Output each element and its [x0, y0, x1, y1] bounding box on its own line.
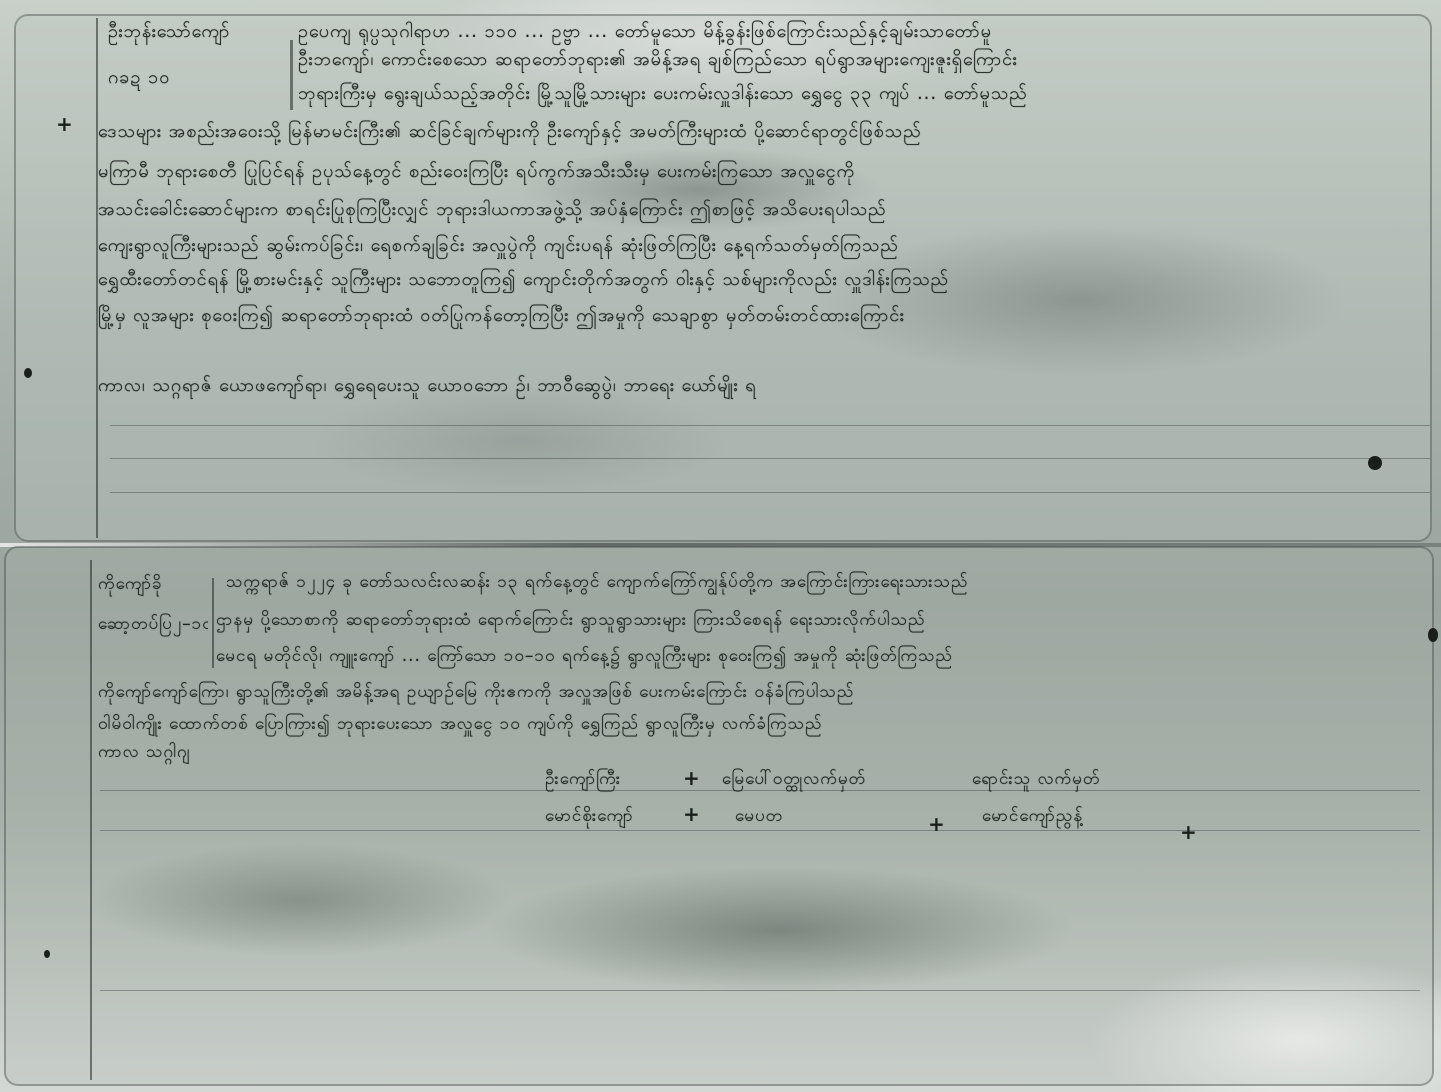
upper-text-line: ဥပေကျ ရုပ္ပသုဂါရာဟ ... ၁၁၀ ... ဥဗ္ဗာ ...… — [298, 18, 1418, 46]
lower-text-line: သက္ကရာဇ် ၁၂၂၄ ခု တော်သလင်းလဆန်း ၁၃ ရက်နေ… — [226, 568, 1386, 596]
signature-cross-mark: + — [683, 766, 700, 790]
upper-text-line: ဒေသများ အစည်းအဝေးသို့ မြန်မာမင်းကြီး၏ ဆင… — [98, 118, 1418, 146]
signature-5: မေပတ — [735, 805, 783, 830]
signature-cross-mark: + — [928, 812, 945, 836]
upper-text-line: မြို့မှ လူအများ စုဝေးကြ၍ ဆရာတော်ဘုရားထံ … — [98, 302, 1418, 330]
ruled-line — [100, 830, 1420, 831]
signature-cross-mark: + — [683, 802, 700, 826]
header-divider-line — [290, 40, 293, 110]
ruled-line — [100, 990, 1420, 991]
ink-speck — [1368, 456, 1382, 470]
signature-2: မြေပေါ်ဝတ္ထုလက်မှတ် — [722, 768, 866, 793]
lower-header-number: ဆော့တပ်ပြ၂–၁၀ — [98, 610, 208, 638]
upper-text-line: မကြာမီ ဘုရားစေတီ ပြုပြင်ရန် ဥပုသ်နေ့တွင်… — [98, 158, 1418, 186]
upper-text-line: ဦးဘကျော်၊ ကောင်းစေသော ဆရာတော်ဘုရား၏ အမိန… — [298, 46, 1418, 74]
upper-text-line: အသင်းခေါင်းဆောင်များက စာရင်းပြုစုကြပြီးလ… — [98, 196, 1418, 224]
lower-text-line-closing: ကာလ သဂ္ဂါဂျ — [98, 738, 298, 766]
signature-6: မောင်ကျော်ညွန့် — [982, 805, 1083, 830]
signature-1: ဦးကျော်ကြီး — [545, 768, 621, 793]
left-margin-line-lower — [90, 560, 92, 1080]
upper-text-line: ကျေးရွာလူကြီးများသည် ဆွမ်းကပ်ခြင်း၊ ရေစက… — [98, 232, 1418, 260]
ink-speck — [24, 368, 32, 378]
lower-text-line: ဌာနမှ ပို့သောစာကို ဆရာတော်ဘုရားထံ ရောက်က… — [216, 606, 1386, 634]
upper-text-line: ဘုရားကြီးမှ ရွေးချယ်သည့်အတိုင်း မြို့သူမ… — [298, 80, 1418, 108]
upper-text-line-closing: ကာလ၊ သဂ္ဂရာဇ် ယောဖကျော်ရာ၊ ရွှေရေပေးသူ ယ… — [98, 372, 1038, 400]
upper-header-number: ဂခဍ ၁၀ — [108, 64, 170, 92]
lower-text-line: ကိုကျော်ကျော်ကြော၊ ရွာသူကြီးတို့၏ အမိန့်… — [98, 678, 1388, 706]
lower-header-name: ကိုကျော်ခို — [98, 570, 163, 598]
signature-3: ရောင်းသူ လက်မှတ် — [972, 768, 1100, 793]
margin-cross-mark: + — [56, 112, 73, 136]
signature-cross-mark: + — [1180, 820, 1197, 844]
ruled-line — [110, 492, 1430, 493]
lower-text-line: မေငရ မတိုင်လို၊ ကျူးကျော် ... ကြော်သော ၁… — [216, 642, 1386, 670]
lower-text-line: ဝါမိဝါကျိုး ထောက်တစ် ပြောကြား၍ ဘုရားပေးသ… — [98, 710, 1388, 738]
signature-4: မောင်စိုးကျော် — [545, 805, 634, 830]
ruled-line — [110, 458, 1430, 459]
upper-text-line: ရွှေထီးတော်တင်ရန် မြို့စားမင်းနှင့် သူကြ… — [98, 266, 1418, 294]
upper-header-name: ဦးဘုန်းသော်ကျော် — [108, 18, 230, 46]
ruled-line — [110, 425, 1430, 426]
ink-speck — [1428, 628, 1438, 642]
ink-speck — [44, 950, 50, 958]
header-divider-line-lower — [212, 578, 214, 668]
